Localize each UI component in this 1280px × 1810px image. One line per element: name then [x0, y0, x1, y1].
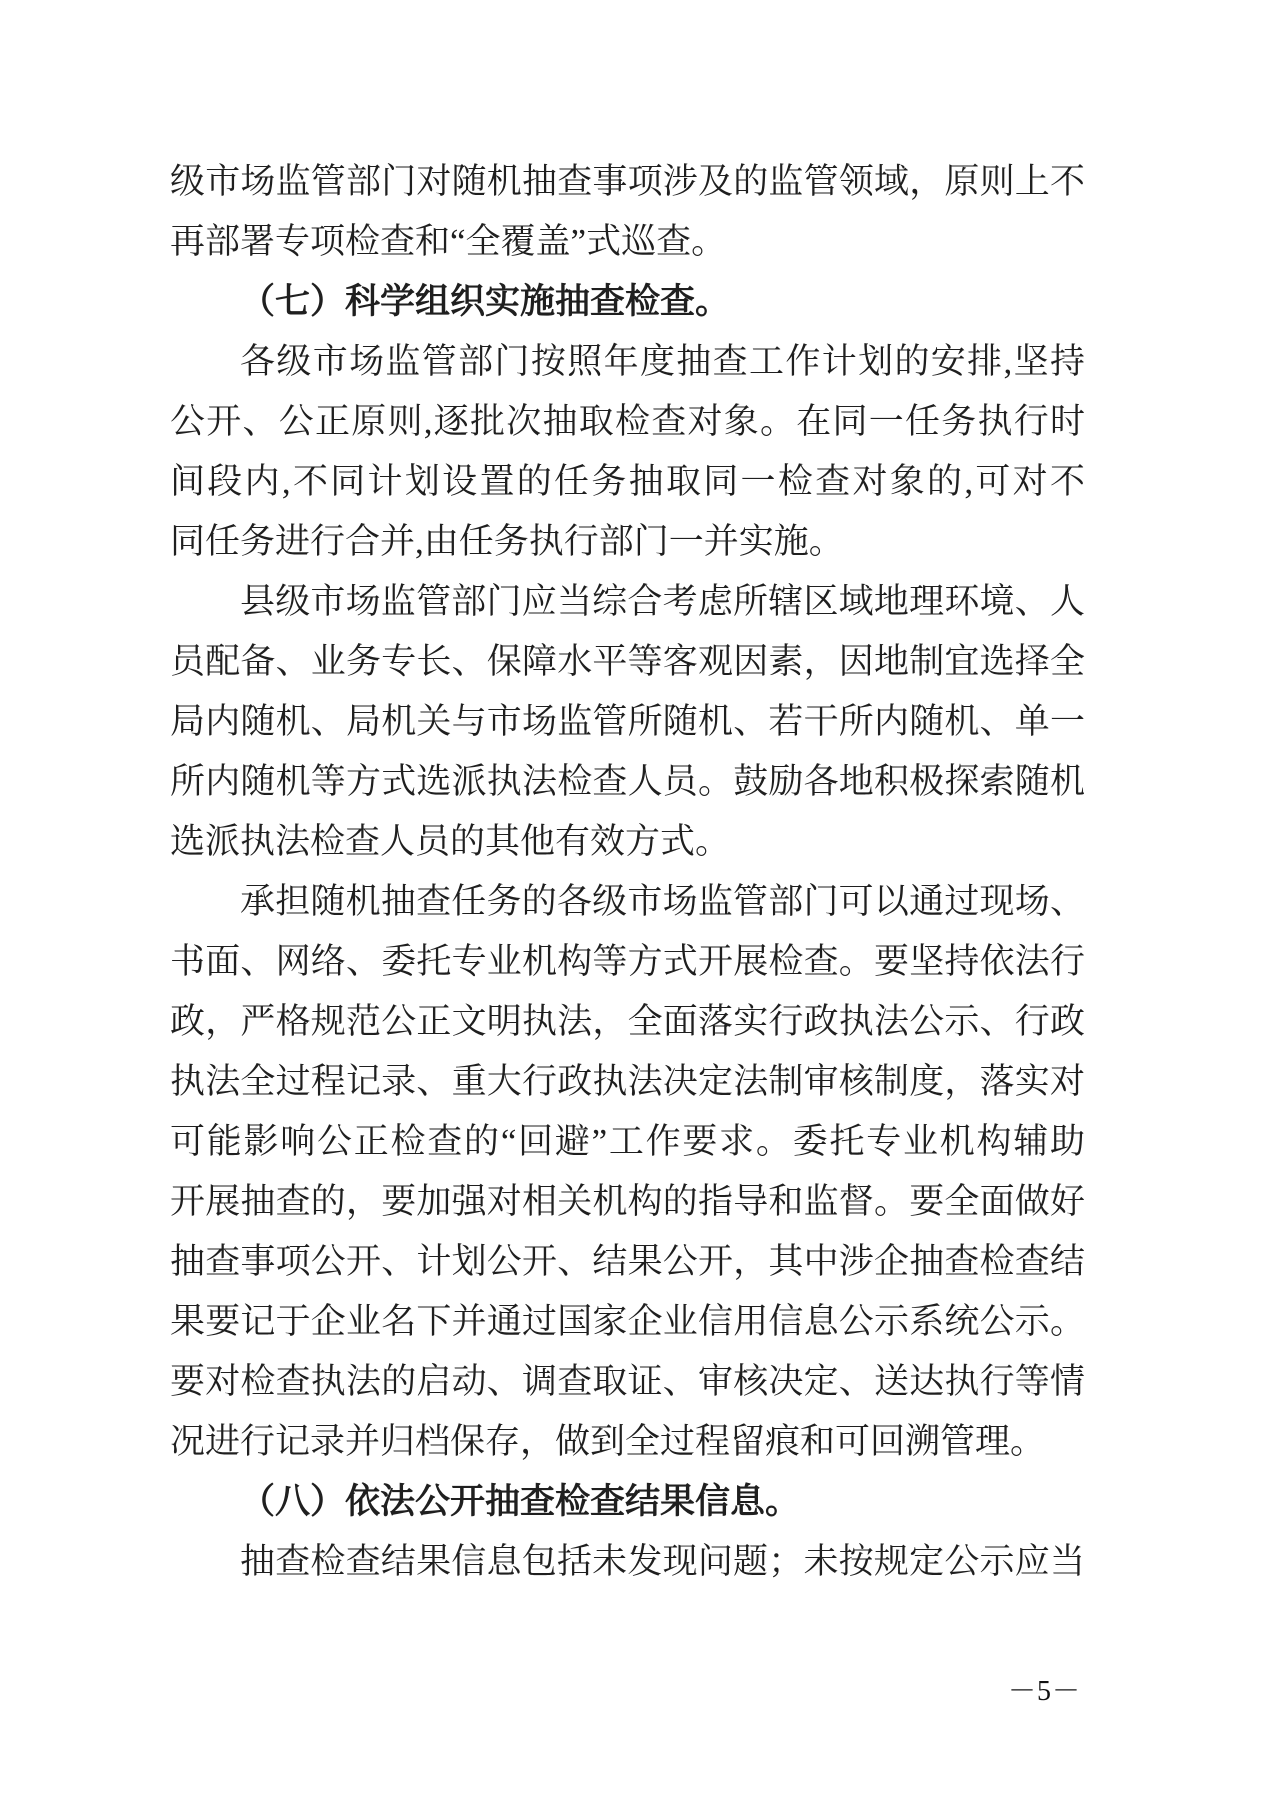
text-line: 开展抽查的，要加强对相关机构的指导和监督。要全面做好 — [170, 1172, 1085, 1232]
document-text: 级市场监管部门对随机抽查事项涉及的监管领域，原则上不 再部署专项检查和“全覆盖”… — [170, 152, 1085, 1592]
text-line: 各级市场监管部门按照年度抽查工作计划的安排,坚持 — [170, 332, 1085, 392]
text-line: 再部署专项检查和“全覆盖”式巡查。 — [170, 212, 1085, 272]
text-line: 局内随机、局机关与市场监管所随机、若干所内随机、单一 — [170, 692, 1085, 752]
text-line: 书面、网络、委托专业机构等方式开展检查。要坚持依法行 — [170, 932, 1085, 992]
page-number: －5－ — [1008, 1672, 1081, 1712]
text-line: 抽查检查结果信息包括未发现问题；未按规定公示应当 — [170, 1532, 1085, 1592]
text-line: 级市场监管部门对随机抽查事项涉及的监管领域，原则上不 — [170, 152, 1085, 212]
text-line: 承担随机抽查任务的各级市场监管部门可以通过现场、 — [170, 872, 1085, 932]
text-line: 员配备、业务专长、保障水平等客观因素，因地制宜选择全 — [170, 632, 1085, 692]
text-line: 可能影响公正检查的“回避”工作要求。委托专业机构辅助 — [170, 1112, 1085, 1172]
text-line: 所内随机等方式选派执法检查人员。鼓励各地积极探索随机 — [170, 752, 1085, 812]
text-line: 政，严格规范公正文明执法，全面落实行政执法公示、行政 — [170, 992, 1085, 1052]
text-line: 果要记于企业名下并通过国家企业信用信息公示系统公示。 — [170, 1292, 1085, 1352]
text-line: 间段内,不同计划设置的任务抽取同一检查对象的,可对不 — [170, 452, 1085, 512]
text-line: 抽查事项公开、计划公开、结果公开，其中涉企抽查检查结 — [170, 1232, 1085, 1292]
text-line: 况进行记录并归档保存，做到全过程留痕和可回溯管理。 — [170, 1412, 1085, 1472]
text-line: 公开、公正原则,逐批次抽取检查对象。在同一任务执行时 — [170, 392, 1085, 452]
section-heading-7: （七）科学组织实施抽查检查。 — [170, 272, 1085, 332]
section-heading-8: （八）依法公开抽查检查结果信息。 — [170, 1472, 1085, 1532]
document-page: 级市场监管部门对随机抽查事项涉及的监管领域，原则上不 再部署专项检查和“全覆盖”… — [0, 0, 1280, 1810]
text-line: 县级市场监管部门应当综合考虑所辖区域地理环境、人 — [170, 572, 1085, 632]
text-line: 选派执法检查人员的其他有效方式。 — [170, 812, 1085, 872]
text-line: 同任务进行合并,由任务执行部门一并实施。 — [170, 512, 1085, 572]
text-line: 要对检查执法的启动、调查取证、审核决定、送达执行等情 — [170, 1352, 1085, 1412]
text-line: 执法全过程记录、重大行政执法决定法制审核制度，落实对 — [170, 1052, 1085, 1112]
